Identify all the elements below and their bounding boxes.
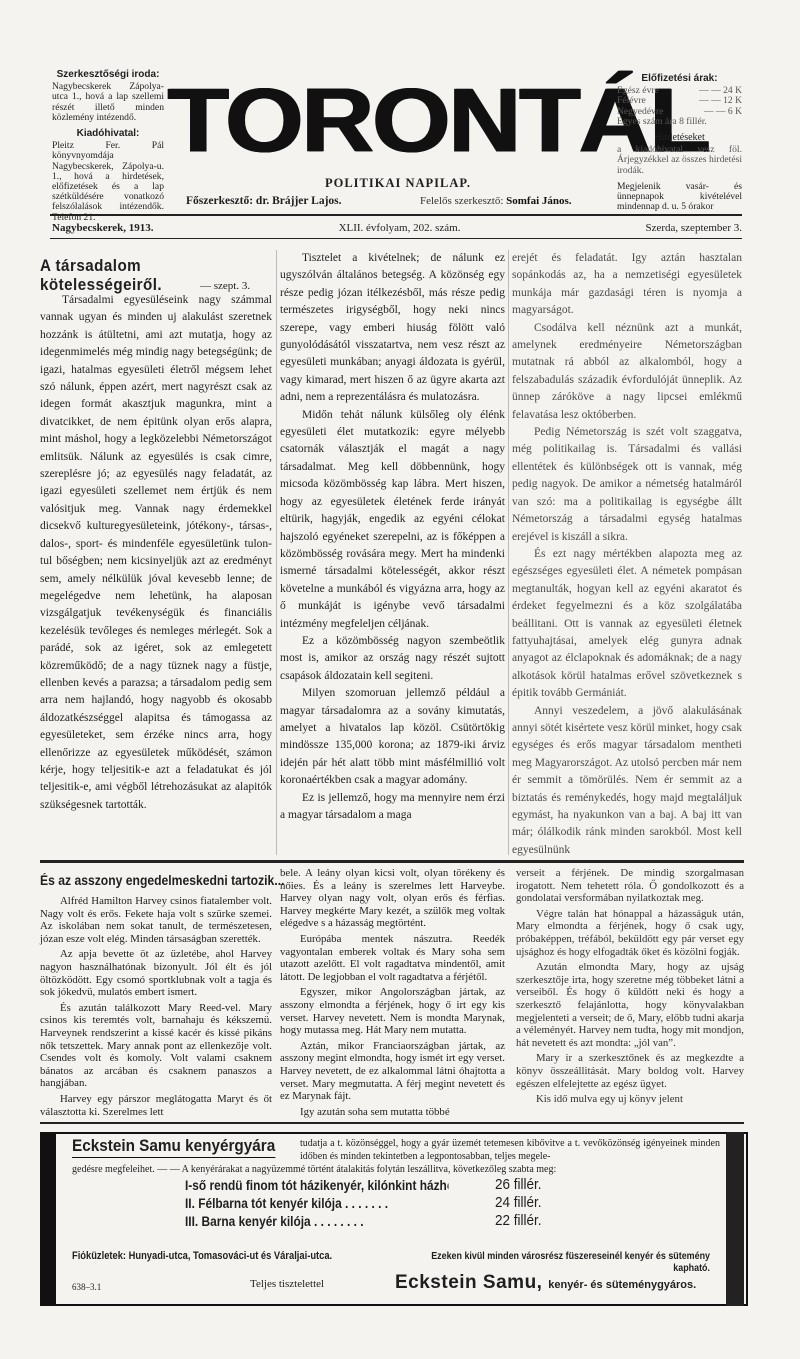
price-value: — — 6 K: [704, 107, 742, 117]
paragraph: Csodálva kell néznünk azt a munkát, amel…: [512, 320, 742, 424]
bread-price: 26 fillér.: [495, 1176, 594, 1194]
bread-price: 24 fillér.: [495, 1194, 594, 1212]
paragraph: Mary ir a szerkesztőnek és az megkezdte …: [516, 1052, 744, 1090]
newspaper-subtitle: POLITIKAI NAPILAP.: [278, 176, 518, 191]
signature-business: kenyér- és süteménygyáros.: [548, 1279, 696, 1291]
place-date: Nagybecskerek, 1913.: [52, 222, 154, 234]
price-list-row: I-ső rendü finom tót házikenyér, kilónki…: [185, 1176, 605, 1194]
ad-signature: Eckstein Samu, kenyér- és süteménygyáros…: [395, 1272, 696, 1294]
publication-schedule: Megjelenik vasár- és ünnepnapok kivételé…: [617, 182, 742, 213]
paragraph: Ez a közömbösség nagyon szembeötlik most…: [280, 633, 505, 685]
paragraph: Midőn tehát nálunk külsőleg oly élénk eg…: [280, 407, 505, 633]
ads-text: a kiadóhivatal vesz föl. Árjegyzékkel az…: [617, 145, 742, 176]
ad-divider: [40, 1122, 744, 1124]
price-list-row: III. Barna kenyér kilója . . . . . . . .…: [185, 1212, 605, 1230]
article-column-1: Társadalmi egyesüléseink nagy számmal va…: [40, 292, 272, 814]
responsible-editor: Felelős szerkesztő: Somfai János.: [420, 195, 572, 207]
branch-stores: Fiόküzletek: Hunyadi-utca, Tomasováci-ut…: [72, 1250, 332, 1262]
subscription-heading: Előfizetési árak:: [617, 74, 742, 84]
paragraph: És azután találkozott Mary Reed-vel. Mar…: [40, 1002, 272, 1090]
bread-price-list: I-ső rendü finom tót házikenyér, kilónki…: [185, 1176, 605, 1230]
price-list-row: II. Félbarna tót kenyér kilója . . . . .…: [185, 1194, 605, 1212]
ad-regards: Teljes tisztelettel: [250, 1278, 324, 1290]
paragraph: Igy azután soha sem mutatta többé: [280, 1106, 505, 1119]
editorial-office-text: Nagybecskerek Zápolya-utca 1., hová a la…: [52, 82, 164, 123]
story-headline: És az asszony engedelmeskedni tartozik..…: [40, 873, 284, 888]
paragraph: Egyszer, mikor Angolországban jártak, az…: [280, 986, 505, 1036]
issue-line-divider: [50, 238, 742, 239]
subscription-box: Előfizetési árak: Egész évre— — 24 K Fél…: [617, 74, 742, 218]
paragraph: verseit a férjének. De mindig szorgalmas…: [516, 867, 744, 905]
ad-intro-continued: gedésre megfeleihet. — — A kenyérárakat …: [72, 1164, 722, 1175]
paragraph: Azután elmondta Mary, hogy az ujság szer…: [516, 961, 744, 1049]
paragraph: Társadalmi egyesüléseink nagy számmal va…: [40, 292, 272, 814]
story-column-3: verseit a férjének. De mindig szorgalmas…: [516, 867, 744, 1109]
responsible-editor-label: Felelős szerkesztő:: [420, 195, 503, 207]
editorial-office-heading: Szerkesztőségi iroda:: [52, 70, 164, 80]
paragraph: Tisztelet a kivételnek; de nálunk ez ugy…: [280, 250, 505, 407]
article-column-2: Tisztelet a kivételnek; de nálunk ez ugy…: [280, 250, 505, 824]
paragraph: És ezt nagy mértékben alapozta meg az eg…: [512, 546, 742, 703]
masthead-divider: [50, 214, 742, 216]
section-divider: [40, 860, 744, 863]
weekday-date: Szerda, szeptember 3.: [645, 222, 742, 234]
chief-editor: Főszerkesztő: dr. Brájjer Lajos.: [186, 195, 342, 207]
bread-item: III. Barna kenyér kilója . . . . . . . .: [185, 1212, 449, 1230]
single-copy-price: Egyes szám ára 8 fillér.: [617, 117, 742, 127]
column-divider: [276, 250, 277, 855]
ads-heading: Hirdetéseket: [617, 133, 742, 143]
paragraph: bele. A leány olyan kicsi volt, olyan tö…: [280, 867, 505, 930]
also-available-note: Ezeken kivül minden városrész füszeresei…: [430, 1250, 711, 1274]
ad-border-left: [40, 1132, 56, 1306]
publishing-office-heading: Kiadóhivatal:: [52, 129, 164, 139]
paragraph: Európába mentek nászutra. Reedék vagyont…: [280, 933, 505, 983]
ad-border-right: [726, 1132, 744, 1306]
paragraph: Végre talán hat hónappal a házasságuk ut…: [516, 908, 744, 958]
paragraph: Milyen szomoruan jellemző például a magy…: [280, 685, 505, 789]
paragraph: Ez is jellemző, hogy ma mennyire nem érz…: [280, 790, 505, 825]
ad-code: 638–3.1: [72, 1282, 101, 1292]
bread-item: I-ső rendü finom tót házikenyér, kilónki…: [185, 1176, 449, 1194]
paragraph: Az apja bevette öt az üzletébe, ahol Har…: [40, 948, 272, 998]
bread-price: 22 fillér.: [495, 1212, 594, 1230]
paragraph: erejét és feladatát. Igy aztán hasztalan…: [512, 250, 742, 320]
paragraph: Pedig Németország is szét volt szaggatva…: [512, 424, 742, 546]
story-column-2: bele. A leány olyan kicsi volt, olyan tö…: [280, 867, 505, 1121]
story-column-1: Alfréd Hamilton Harvey csinos fiatalembe…: [40, 895, 272, 1121]
signature-name: Eckstein Samu,: [395, 1272, 542, 1293]
ad-intro: tudatja a t. közönséggel, hogy a gyár üz…: [300, 1137, 720, 1163]
ad-title: Eckstein Samu kenyérgyára: [72, 1136, 275, 1158]
paragraph: Harvey egy párszor meglátogatta Maryt és…: [40, 1093, 272, 1118]
paragraph: Kis idő mulva egy uj könyv jelent: [516, 1093, 744, 1106]
issue-info-line: Nagybecskerek, 1913. XLII. évfolyam, 202…: [52, 222, 742, 234]
paragraph: Alfréd Hamilton Harvey csinos fiatalembe…: [40, 895, 272, 945]
bread-item: II. Félbarna tót kenyér kilója . . . . .…: [185, 1194, 449, 1212]
newspaper-title: TORONTÁL: [168, 69, 609, 174]
volume-number: XLII. évfolyam, 202. szám.: [339, 222, 461, 234]
article-column-3: erejét és feladatát. Igy aztán hasztalan…: [512, 250, 742, 859]
editorial-office-box: Szerkesztőségi iroda: Nagybecskerek Zápo…: [52, 70, 164, 229]
column-divider: [508, 250, 509, 855]
responsible-editor-name: Somfai János.: [506, 195, 571, 207]
article-dateline: — szept. 3.: [200, 280, 250, 292]
publishing-office-text: Pleitz Fer. Pál könyvnyomdája Nagybecske…: [52, 141, 164, 223]
paragraph: Aztán, mikor Franciaországban jártak, az…: [280, 1040, 505, 1103]
paragraph: Annyi veszedelem, a jövő alakulásának an…: [512, 703, 742, 860]
